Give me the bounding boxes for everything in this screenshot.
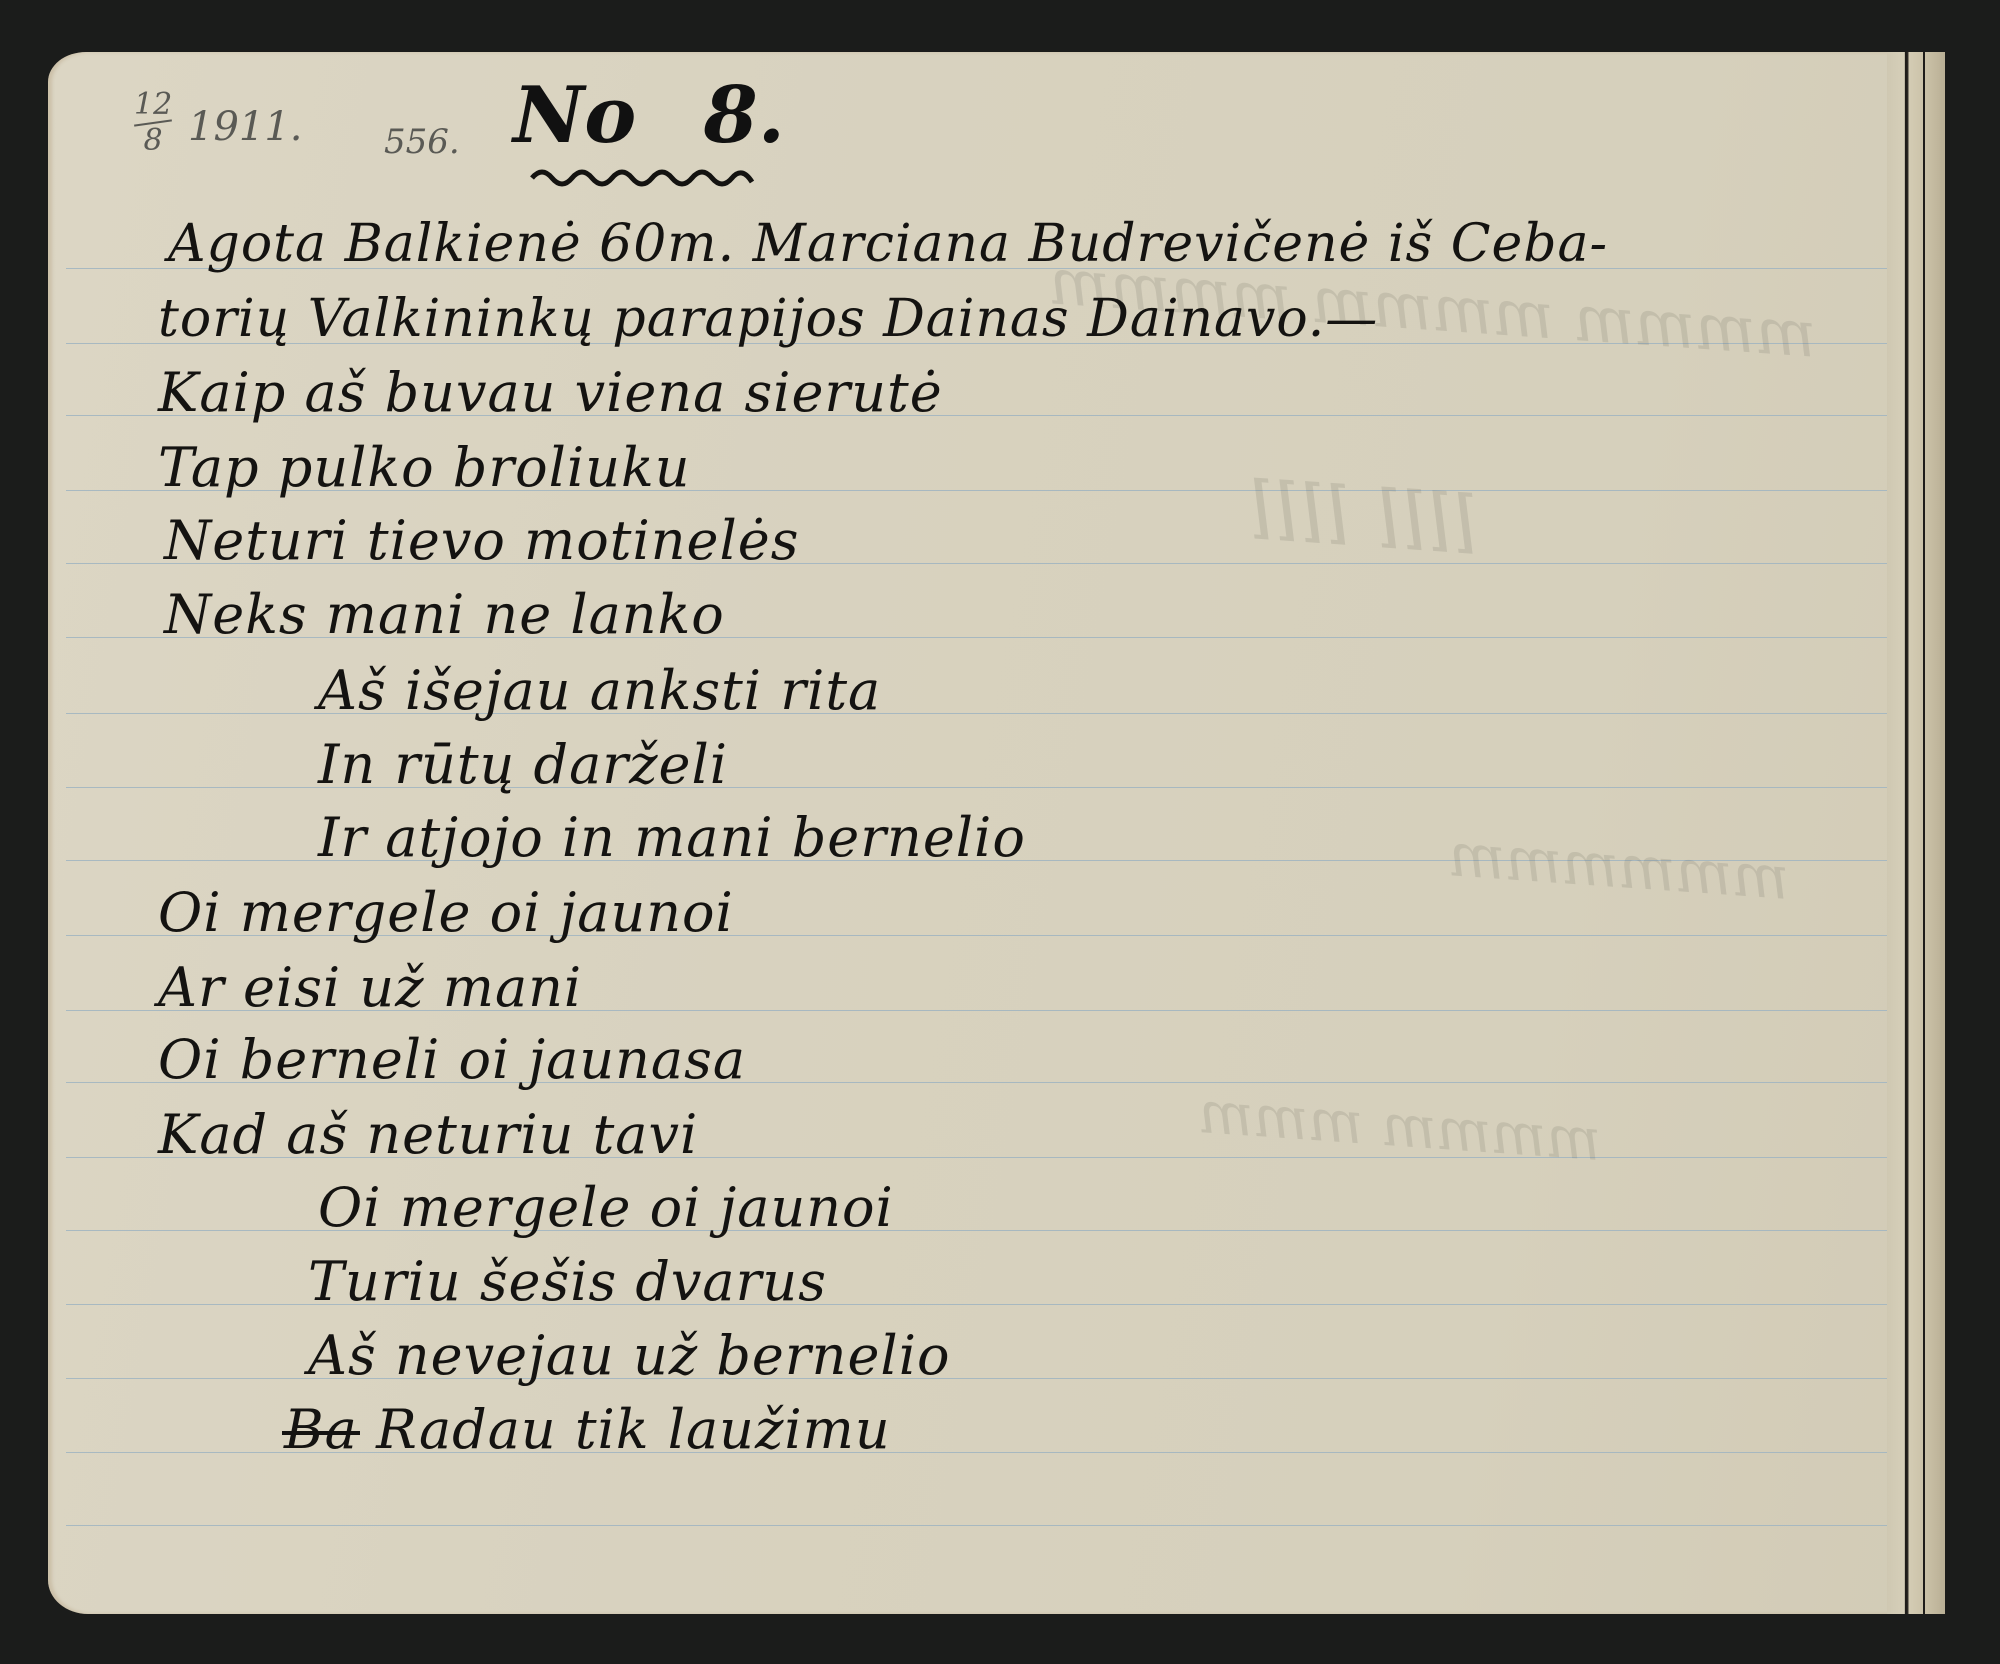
date-day: 12 [134,87,172,122]
date-month: 8 [144,123,163,158]
struck-out-text: Ba [284,1398,358,1461]
verse-line: Turiu šešis dvarus [308,1250,827,1313]
heading-underline-squiggle [528,160,758,188]
ruled-line [66,1525,1905,1526]
verse-line: Neks mani ne lanko [164,583,725,646]
verse-text: Radau tik laužimu [376,1398,891,1461]
verse-line-with-correction: Oi berneli oi jaunasa [158,1028,746,1091]
intro-line: torių Valkininkų parapijos Dainas Dainav… [158,289,1378,349]
notebook-binding [1887,52,1945,1614]
verse-line-with-correction: Ba Radau tik laužimu [284,1398,891,1461]
verse-line: Ir atjojo in mani bernelio [318,806,1026,869]
date-fraction: 12 8 [134,90,172,156]
song-number-heading: No 8. [513,70,785,161]
bleed-through-texture: mmmmmm [1446,820,1791,914]
bleed-through-texture: llll llll [1245,464,1481,573]
page-edge-line [1905,52,1907,1614]
verse-line: Kaip aš buvau viena sierutė [158,361,943,424]
verse-text: Oi berneli oi jaunasa [158,1028,746,1091]
verse-line: Kad aš neturiu tavi [158,1103,698,1166]
song-number: 8. [703,70,784,161]
verse-line: Aš nevejau už bernelio [308,1324,950,1387]
bleed-through-texture: mmmm mmm [1196,1078,1603,1174]
verse-line: Neturi tievo motinelės [164,509,799,572]
verse-line: Tap pulko broliuku [158,436,690,499]
page-edge-line [1923,52,1925,1614]
notebook-page: mmmm mmmm mmmm llll llll mmmmmm mmmm mmm… [48,52,1945,1614]
archive-number: 556. [384,122,460,162]
verse-line: Oi mergele oi jaunoi [318,1176,894,1239]
verse-line: Aš išejau anksti rita [318,659,881,722]
intro-line: Agota Balkienė 60m. Marciana Budrevičenė… [168,214,1608,274]
number-sign: No [513,70,636,161]
date-year: 1911. [188,104,303,150]
verse-line: In rūtų darželi [318,733,728,796]
verse-line: Ar eisi už mani [158,956,582,1019]
verse-line: Oi mergele oi jaunoi [158,881,734,944]
